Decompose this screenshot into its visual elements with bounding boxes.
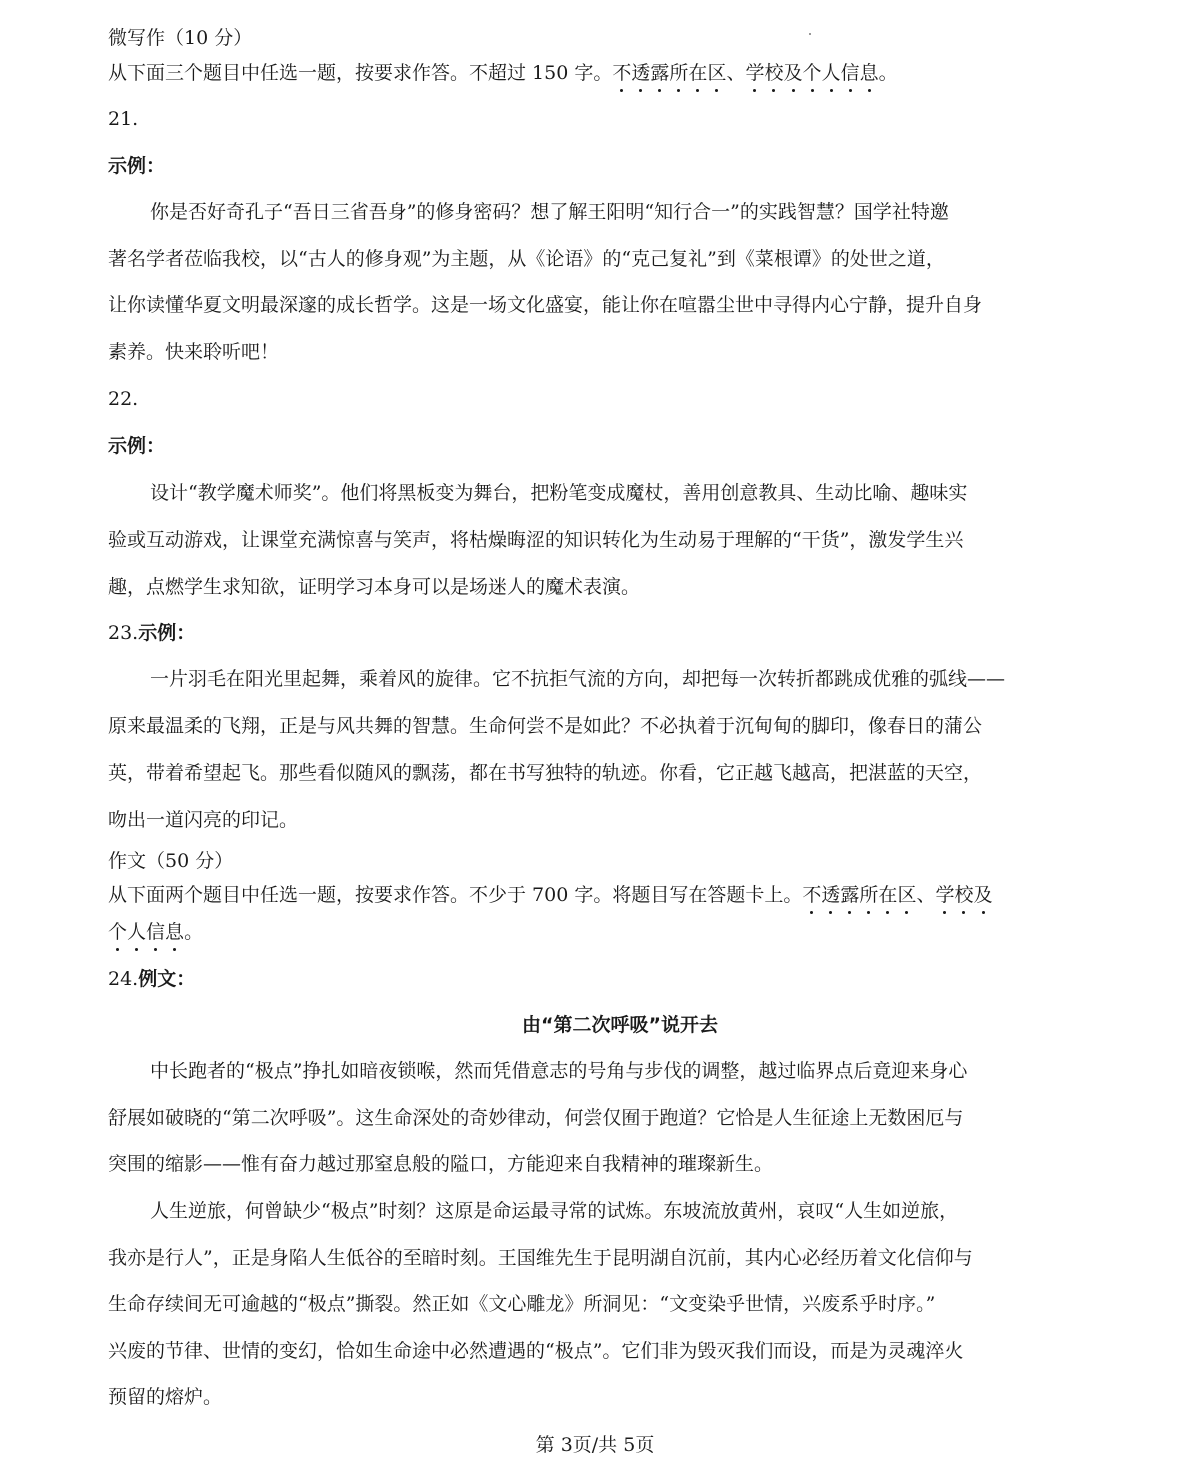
essay-p1-line-3: 突围的缩影——惟有奋力越过那窒息般的隘口，方能迎来自我精神的璀璨新生。 <box>108 1152 773 1176</box>
essay-p1-line-2: 舒展如破晓的“第二次呼吸”。这生命深处的奇妙律动，何尝仅囿于跑道？它恰是人生征途… <box>108 1106 963 1130</box>
q23-line-4: 吻出一道闪亮的印记。 <box>108 808 298 832</box>
instruction-text: 从下面三个题目中任选一题，按要求作答。不超过 150 字。 <box>108 62 612 84</box>
example-label-23: 示例： <box>138 622 195 644</box>
instruction-suffix: 。 <box>879 62 898 84</box>
section-essay-instruction-line-2: 个人信息。 <box>108 920 203 944</box>
q21-line-1: 你是否好奇孔子“吾日三省吾身”的修身密码？想了解王阳明“知行合一”的实践智慧？国… <box>150 200 949 224</box>
question-number-23: 23. <box>108 622 138 644</box>
q23-line-2: 原来最温柔的飞翔，正是与风共舞的智慧。生命何尝不是如此？不必执着于沉甸甸的脚印，… <box>108 714 982 738</box>
instruction-suffix: 。 <box>184 921 203 943</box>
essay-p2-line-3: 生命存续间无可逾越的“极点”撕裂。然正如《文心雕龙》所洞见：“文变染乎世情，兴废… <box>108 1292 935 1316</box>
q22-line-3: 趣，点燃学生求知欲，证明学习本身可以是场迷人的魔术表演。 <box>108 575 640 599</box>
question-number-21: 21. <box>108 107 138 131</box>
example-label-22: 示例： <box>108 434 165 458</box>
example-essay-label-24: 例文： <box>138 968 195 990</box>
document-page: 微写作（10 分） 从下面三个题目中任选一题，按要求作答。不超过 150 字。不… <box>0 0 1190 1466</box>
question-23-header: 23.示例： <box>108 621 195 645</box>
q23-line-1: 一片羽毛在阳光里起舞，乘着风的旋律。它不抗拒气流的方向，却把每一次转折都跳成优雅… <box>150 667 1005 691</box>
question-number-24: 24. <box>108 968 138 990</box>
page-number-footer: 第 3页/共 5页 <box>0 1433 1190 1457</box>
q22-line-1: 设计“教学魔术师奖”。他们将黑板变为舞台，把粉笔变成魔杖，善用创意教具、生动比喻… <box>150 481 967 505</box>
q22-line-2: 验或互动游戏，让课堂充满惊喜与笑声，将枯燥晦涩的知识转化为生动易于理解的“干货”… <box>108 528 963 552</box>
question-24-header: 24.例文： <box>108 967 195 991</box>
q21-line-2: 著名学者莅临我校，以“古人的修身观”为主题，从《论语》的“克己复礼”到《菜根谭》… <box>108 247 945 271</box>
essay-p2-line-1: 人生逆旅，何曾缺少“极点”时刻？这原是命运最寻常的试炼。东坡流放黄州，哀叹“人生… <box>150 1199 958 1223</box>
q21-line-3: 让你读懂华夏文明最深邃的成长哲学。这是一场文化盛宴，能让你在喧嚣尘世中寻得内心宁… <box>108 293 982 317</box>
essay-p2-line-2: 我亦是行人”，正是身陷人生低谷的至暗时刻。王国维先生于昆明湖自沉前，其内心必经历… <box>108 1246 973 1270</box>
q23-line-3: 英，带着希望起飞。那些看似随风的飘荡，都在书写独特的轨迹。你看，它正越飞越高，把… <box>108 761 982 785</box>
section-micro-instruction: 从下面三个题目中任选一题，按要求作答。不超过 150 字。不透露所在区、学校及个… <box>108 61 898 85</box>
instruction-text: 从下面两个题目中任选一题，按要求作答。不少于 700 字。将题目写在答题卡上。 <box>108 884 802 906</box>
essay-p1-line-1: 中长跑者的“极点”挣扎如暗夜锁喉，然而凭借意志的号角与步伐的调整，越过临界点后竟… <box>150 1059 967 1083</box>
section-micro-heading: 微写作（10 分） <box>108 26 252 50</box>
section-essay-heading: 作文（50 分） <box>108 849 233 873</box>
essay-p2-line-5: 预留的熔炉。 <box>108 1385 222 1409</box>
emphasis-dotted-text: 不透露所在区、学校及 <box>802 883 992 907</box>
scan-speck <box>809 33 811 35</box>
question-number-22: 22. <box>108 387 138 411</box>
example-label-21: 示例： <box>108 154 165 178</box>
essay-p2-line-4: 兴废的节律、世情的变幻，恰如生命途中必然遭遇的“极点”。它们非为毁灭我们而设，而… <box>108 1339 963 1363</box>
q21-line-4: 素养。快来聆听吧！ <box>108 340 279 364</box>
emphasis-dotted-text: 不透露所在区、学校及个人信息 <box>612 61 878 85</box>
emphasis-dotted-text: 个人信息 <box>108 920 184 944</box>
section-essay-instruction-line-1: 从下面两个题目中任选一题，按要求作答。不少于 700 字。将题目写在答题卡上。不… <box>108 883 993 907</box>
essay-title: 由“第二次呼吸”说开去 <box>0 1013 1190 1037</box>
